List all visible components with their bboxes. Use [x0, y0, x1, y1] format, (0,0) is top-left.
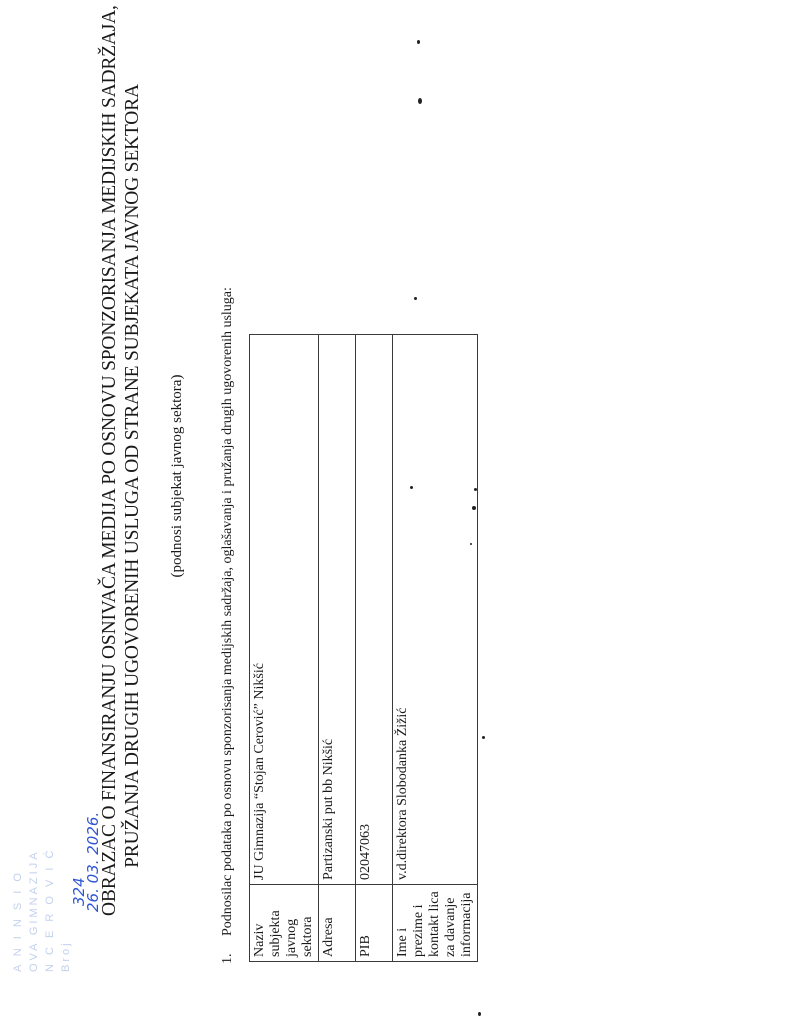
document-title: OBRAZAC O FINANSIRANJU OSNIVAČA MEDIJA P… [98, 36, 144, 916]
table-row: Adresa Partizanski put bb Nikšić [319, 335, 356, 962]
row-value: v.d.direktora Slobodanka Žižić [393, 335, 478, 885]
row-label: PIB [356, 885, 393, 962]
applicant-info-table: Naziv subjekta javnog sektora JU Gimnazi… [249, 334, 478, 962]
scan-speck [417, 40, 420, 44]
row-value: JU Gimnazija “Stojan Cerović” Nikšić [250, 335, 319, 885]
scan-speck [474, 488, 477, 491]
section-heading-text: Podnosilac podataka po osnovu sponzorisa… [220, 287, 235, 936]
table-row: Ime i prezime i kontakt lica za davanje … [393, 335, 478, 962]
table-row: PIB 02047063 [356, 335, 393, 962]
scan-speck [478, 1012, 481, 1016]
scan-speck [414, 297, 417, 300]
stamp-line: A N I N S I O [10, 772, 26, 972]
row-label: Adresa [319, 885, 356, 962]
row-label: Ime i prezime i kontakt lica za davanje … [393, 885, 478, 962]
row-value: 02047063 [356, 335, 393, 885]
table-row: Naziv subjekta javnog sektora JU Gimnazi… [250, 335, 319, 962]
document-page: A N I N S I O OVA GIMNAZIJA N C E R O V … [0, 0, 809, 1024]
row-label: Naziv subjekta javnog sektora [250, 885, 319, 962]
scan-speck [410, 486, 413, 489]
stamp-line: OVA GIMNAZIJA [26, 772, 42, 972]
stamp-line: N C E R O V I Ć [42, 772, 58, 972]
scan-speck [472, 506, 476, 510]
section-1-heading: 1.Podnosilac podataka po osnovu sponzori… [220, 287, 236, 964]
row-value: Partizanski put bb Nikšić [319, 335, 356, 885]
registration-stamp: A N I N S I O OVA GIMNAZIJA N C E R O V … [10, 772, 74, 972]
section-number: 1. [220, 936, 236, 964]
stamp-prefix: Broj [58, 772, 74, 972]
scan-speck [482, 736, 485, 739]
title-line-2: PRUŽANJA DRUGIH UGOVORENIH USLUGA OD STR… [121, 36, 144, 916]
title-line-1: OBRAZAC O FINANSIRANJU OSNIVAČA MEDIJA P… [98, 36, 121, 916]
scan-speck [470, 543, 472, 545]
document-subtitle: (podnosi subjekat javnog sektora) [169, 36, 186, 916]
scan-speck [418, 98, 422, 104]
